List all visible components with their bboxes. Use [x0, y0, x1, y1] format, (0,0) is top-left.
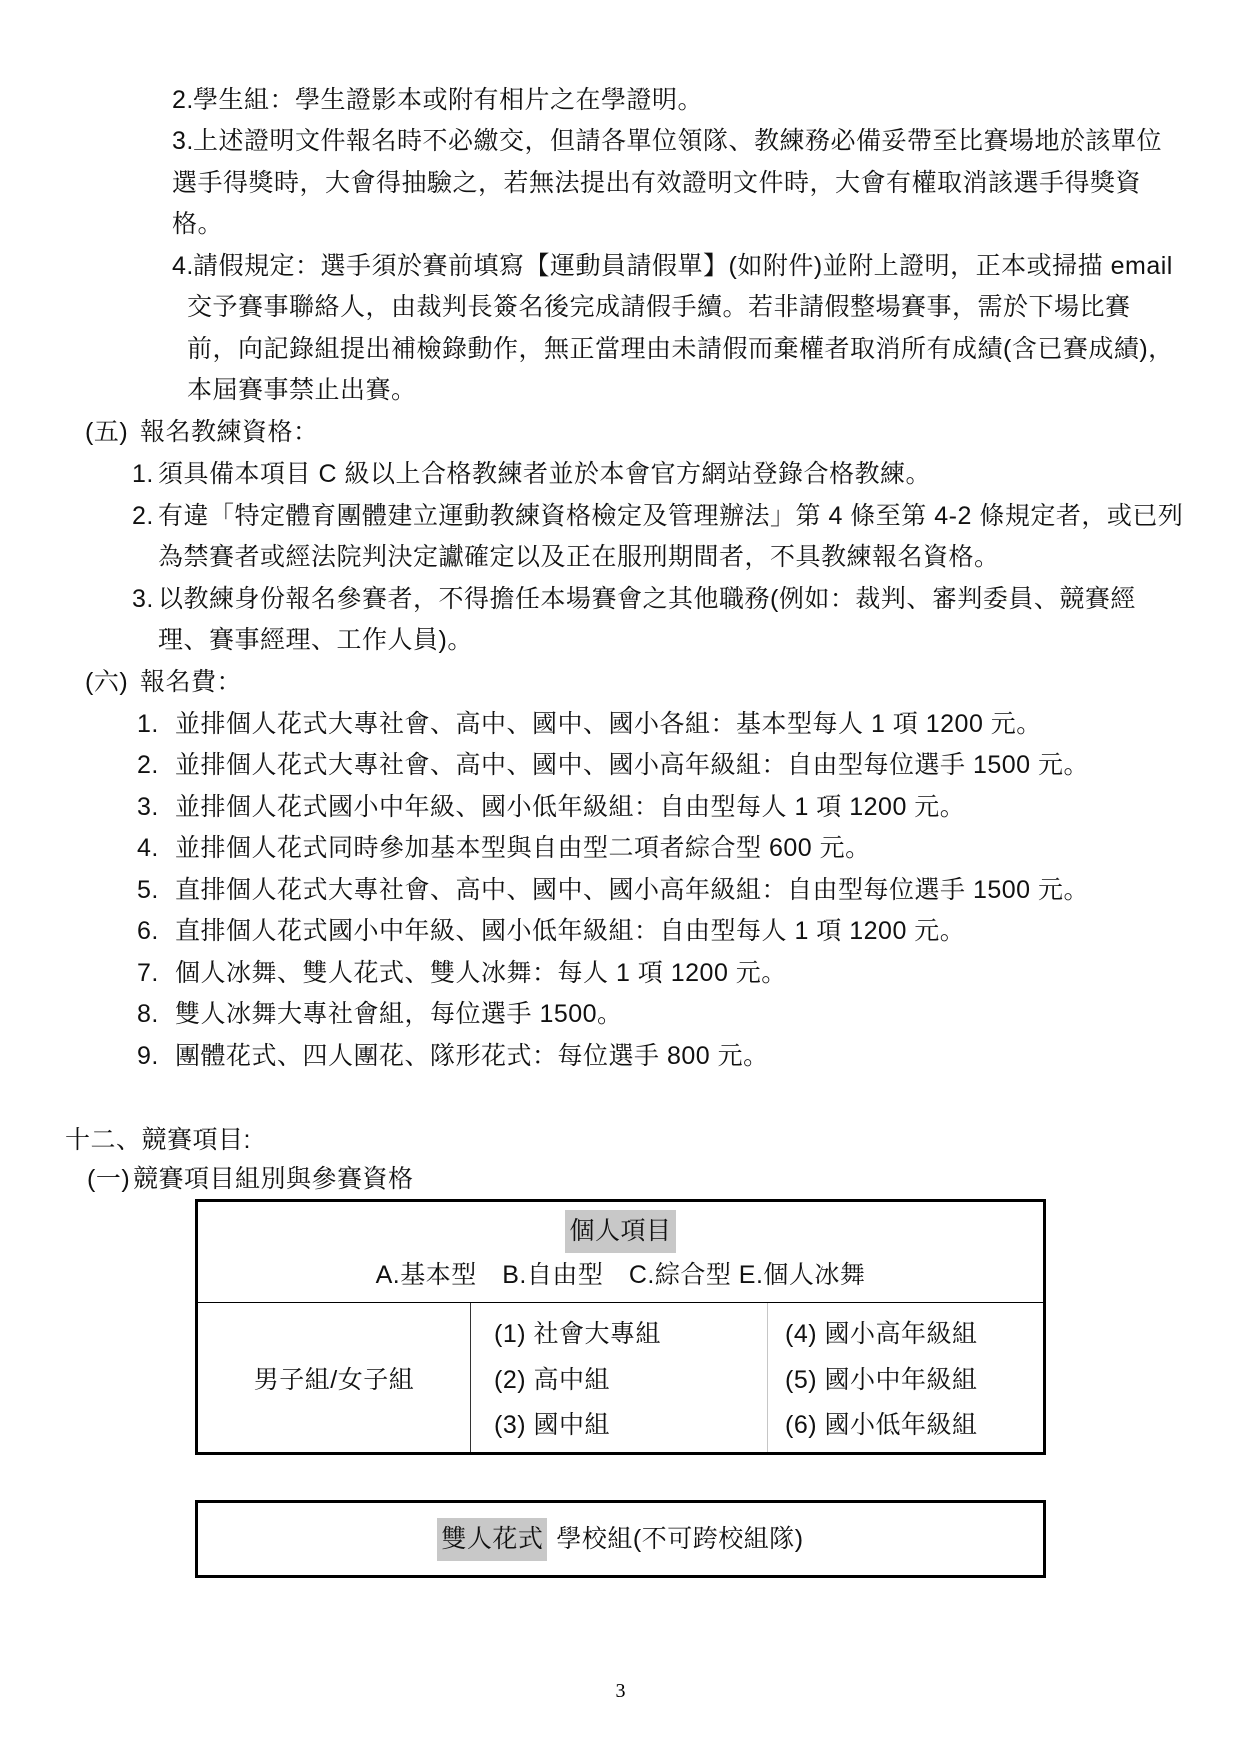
item-text: 以教練身份報名參賽者，不得擔任本場賽會之其他職務(例如：裁判、審判委員、競賽經: [158, 585, 1136, 613]
list-item-3-line2: 選手得獎時，大會得抽驗之，若無法提出有效證明文件時，大會有權取消該選手得獎資: [172, 168, 1141, 198]
item-number: 2.: [172, 85, 193, 115]
groups-right-cell: (4) 國小高年級組 (5) 國小中年級組 (6) 國小低年級組: [767, 1303, 1043, 1452]
table-body: 男子組/女子組 (1) 社會大專組 (2) 高中組 (3) 國中組 (4) 國小…: [198, 1303, 1043, 1452]
table-title-line: 個人項目: [198, 1210, 1043, 1253]
list-item-2: 2.學生組：學生證影本或附有相片之在學證明。: [172, 85, 703, 115]
coach-item-3-line1: 3.以教練身份報名參賽者，不得擔任本場賽會之其他職務(例如：裁判、審判委員、競賽…: [132, 584, 1136, 614]
item-number: 3.: [172, 126, 193, 156]
groups-left-cell: (1) 社會大專組 (2) 高中組 (3) 國中組: [470, 1303, 768, 1452]
item-text: 選手得獎時，大會得抽驗之，若無法提出有效證明文件時，大會有權取消該選手得獎資: [172, 169, 1141, 197]
individual-events-table: 個人項目 A.基本型 B.自由型 C.綜合型 E.個人冰舞 男子組/女子組 (1…: [195, 1199, 1046, 1455]
gender-groups-cell: 男子組/女子組: [198, 1303, 471, 1452]
fee-item-4: 4.並排個人花式同時參加基本型與自由型二項者綜合型 600 元。: [137, 833, 871, 863]
item-number: 6.: [137, 916, 175, 946]
fee-item-8: 8.雙人冰舞大專社會組，每位選手 1500。: [137, 999, 623, 1029]
item-number: 5.: [137, 875, 175, 905]
item-number: 2.: [132, 501, 158, 531]
item-text: 本屆賽事禁止出賽。: [187, 376, 417, 404]
item-text: 並排個人花式國小中年級、國小低年級組：自由型每人 1 項 1200 元。: [175, 793, 965, 821]
section-title: 報名教練資格：: [140, 418, 319, 446]
section-title: 十二、競賽項目:: [65, 1126, 251, 1154]
coach-item-2-line1: 2.有違「特定體育團體建立運動教練資格檢定及管理辦法」第 4 條至第 4-2 條…: [132, 501, 1183, 531]
list-item-3-line3: 格。: [172, 209, 223, 239]
item-number: 1.: [132, 459, 158, 489]
coach-item-2-line2: 為禁賽者或經法院判決定讞確定以及正在服刑期間者，不具教練報名資格。: [158, 542, 1000, 572]
item-text: 並排個人花式大專社會、高中、國中、國小高年級組：自由型每位選手 1500 元。: [175, 751, 1089, 779]
pairs-title-highlight: 雙人花式: [437, 1518, 547, 1561]
fee-item-7: 7.個人冰舞、雙人花式、雙人冰舞：每人 1 項 1200 元。: [137, 958, 787, 988]
document-page: 2.學生組：學生證影本或附有相片之在學證明。 3.上述證明文件報名時不必繳交，但…: [0, 0, 1241, 1755]
fee-item-3: 3.並排個人花式國小中年級、國小低年級組：自由型每人 1 項 1200 元。: [137, 792, 965, 822]
section-label: (一): [87, 1164, 133, 1194]
item-text: 並排個人花式同時參加基本型與自由型二項者綜合型 600 元。: [175, 834, 871, 862]
item-number: 8.: [137, 999, 175, 1029]
item-number: 2.: [137, 750, 175, 780]
section-12-heading: 十二、競賽項目:: [65, 1125, 251, 1155]
item-text: 有違「特定體育團體建立運動教練資格檢定及管理辦法」第 4 條至第 4-2 條規定…: [158, 502, 1183, 530]
pairs-line: 雙人花式學校組(不可跨校組隊): [437, 1518, 803, 1561]
coach-item-3-line2: 理、賽事經理、工作人員)。: [158, 625, 473, 655]
section-6-heading: (六)報名費：: [85, 667, 242, 697]
list-item-4-line1: 4.請假規定：選手須於賽前填寫【運動員請假單】(如附件)並附上證明，正本或掃描 …: [172, 251, 1173, 281]
list-item-4-line4: 本屆賽事禁止出賽。: [187, 375, 417, 405]
coach-item-1: 1.須具備本項目 C 級以上合格教練者並於本會官方網站登錄合格教練。: [132, 459, 931, 489]
item-text: 上述證明文件報名時不必繳交，但請各單位領隊、教練務必備妥帶至比賽場地於該單位: [193, 127, 1162, 155]
item-text: 並排個人花式大專社會、高中、國中、國小各組：基本型每人 1 項 1200 元。: [175, 710, 1042, 738]
group-item: (5) 國小中年級組: [785, 1365, 978, 1395]
item-text: 雙人冰舞大專社會組，每位選手 1500。: [175, 1000, 623, 1028]
group-item: (3) 國中組: [494, 1410, 610, 1440]
fee-item-9: 9.團體花式、四人團花、隊形花式：每位選手 800 元。: [137, 1041, 769, 1071]
item-text: 格。: [172, 210, 223, 238]
item-number: 4.: [172, 251, 193, 281]
item-text: 學生組：學生證影本或附有相片之在學證明。: [193, 86, 703, 114]
list-item-4-line3: 前，向記錄組提出補檢錄動作，無正當理由未請假而棄權者取消所有成績(含已賽成績)，: [187, 334, 1174, 364]
section-label: (五): [85, 417, 140, 447]
item-text: 交予賽事聯絡人，由裁判長簽名後完成請假手續。若非請假整場賽事，需於下場比賽: [187, 293, 1131, 321]
list-item-3-line1: 3.上述證明文件報名時不必繳交，但請各單位領隊、教練務必備妥帶至比賽場地於該單位: [172, 126, 1162, 156]
page-number: 3: [0, 1680, 1241, 1703]
group-item: (1) 社會大專組: [494, 1319, 661, 1349]
table-title-highlight: 個人項目: [565, 1210, 675, 1253]
item-number: 9.: [137, 1041, 175, 1071]
item-number: 4.: [137, 833, 175, 863]
section-title: 報名費：: [140, 668, 242, 696]
section-5-heading: (五)報名教練資格：: [85, 417, 319, 447]
item-text: 個人冰舞、雙人花式、雙人冰舞：每人 1 項 1200 元。: [175, 959, 787, 987]
section-12-1-heading: (一)競賽項目組別與參賽資格: [87, 1164, 414, 1194]
table-header: 個人項目 A.基本型 B.自由型 C.綜合型 E.個人冰舞: [198, 1202, 1043, 1303]
group-item: (6) 國小低年級組: [785, 1410, 978, 1440]
item-number: 7.: [137, 958, 175, 988]
item-text: 為禁賽者或經法院判決定讞確定以及正在服刑期間者，不具教練報名資格。: [158, 543, 1000, 571]
item-number: 1.: [137, 709, 175, 739]
item-text: 理、賽事經理、工作人員)。: [158, 626, 473, 654]
item-number: 3.: [132, 584, 158, 614]
group-item: (4) 國小高年級組: [785, 1319, 978, 1349]
item-text: 直排個人花式大專社會、高中、國中、國小高年級組：自由型每位選手 1500 元。: [175, 876, 1089, 904]
item-text: 請假規定：選手須於賽前填寫【運動員請假單】(如附件)並附上證明，正本或掃描 em…: [193, 252, 1173, 280]
pairs-text: 學校組(不可跨校組隊): [556, 1525, 803, 1553]
section-label: (六): [85, 667, 140, 697]
item-text: 須具備本項目 C 級以上合格教練者並於本會官方網站登錄合格教練。: [158, 460, 931, 488]
item-text: 直排個人花式國小中年級、國小低年級組：自由型每人 1 項 1200 元。: [175, 917, 965, 945]
pairs-table: 雙人花式學校組(不可跨校組隊): [195, 1500, 1046, 1578]
item-text: 前，向記錄組提出補檢錄動作，無正當理由未請假而棄權者取消所有成績(含已賽成績)，: [187, 335, 1174, 363]
item-number: 3.: [137, 792, 175, 822]
item-text: 團體花式、四人團花、隊形花式：每位選手 800 元。: [175, 1042, 769, 1070]
fee-item-6: 6.直排個人花式國小中年級、國小低年級組：自由型每人 1 項 1200 元。: [137, 916, 965, 946]
fee-item-1: 1.並排個人花式大專社會、高中、國中、國小各組：基本型每人 1 項 1200 元…: [137, 709, 1042, 739]
fee-item-5: 5.直排個人花式大專社會、高中、國中、國小高年級組：自由型每位選手 1500 元…: [137, 875, 1089, 905]
section-title: 競賽項目組別與參賽資格: [133, 1165, 414, 1193]
event-types-line: A.基本型 B.自由型 C.綜合型 E.個人冰舞: [198, 1260, 1043, 1290]
fee-item-2: 2.並排個人花式大專社會、高中、國中、國小高年級組：自由型每位選手 1500 元…: [137, 750, 1089, 780]
group-item: (2) 高中組: [494, 1365, 610, 1395]
list-item-4-line2: 交予賽事聯絡人，由裁判長簽名後完成請假手續。若非請假整場賽事，需於下場比賽: [187, 292, 1131, 322]
